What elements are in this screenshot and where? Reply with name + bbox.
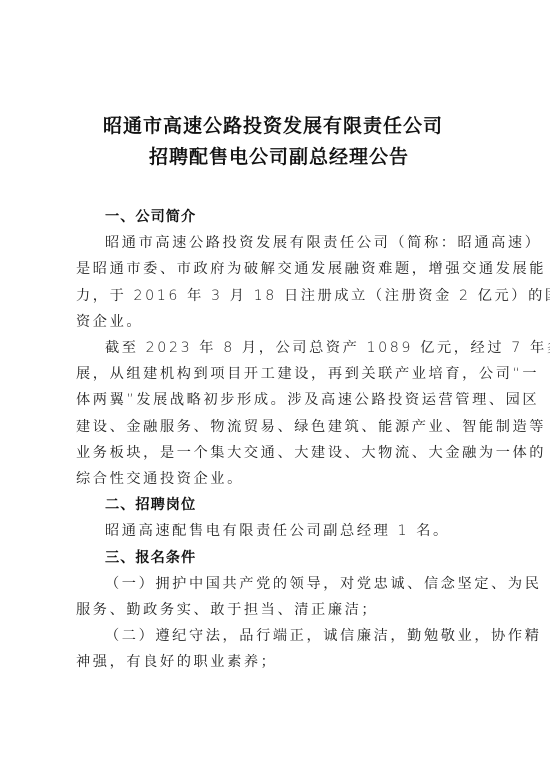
document-title-line-2: 招聘配售电公司副总经理公告 bbox=[4, 142, 550, 169]
text-line: 截至 2023 年 8 月，公司总资产 1089 亿元，经过 7 年多的发 bbox=[76, 335, 480, 361]
text-line: 资企业。 bbox=[76, 309, 480, 335]
paragraph-position: 昭通高速配售电有限责任公司副总经理 1 名。 bbox=[76, 518, 480, 544]
text-line: 是昭通市委、市政府为破解交通发展融资难题，增强交通发展能 bbox=[76, 256, 480, 282]
text-line: 业务板块，是一个集大交通、大建设、大物流、大金融为一体的 bbox=[76, 440, 480, 466]
section-heading-requirements: 三、报名条件 bbox=[76, 545, 480, 571]
document-title-line-1: 昭通市高速公路投资发展有限责任公司 bbox=[0, 111, 548, 138]
text-line: 服务、勤政务实、敢于担当、清正廉洁； bbox=[76, 597, 480, 623]
text-line: 建设、金融服务、物流贸易、绿色建筑、能源产业、智能制造等 bbox=[76, 414, 480, 440]
paragraph-company-assets: 截至 2023 年 8 月，公司总资产 1089 亿元，经过 7 年多的发 展，… bbox=[76, 335, 480, 492]
section-heading-company-intro: 一、公司简介 bbox=[76, 204, 480, 230]
section-heading-position: 二、招聘岗位 bbox=[76, 492, 480, 518]
text-line: 展，从组建机构到项目开工建设，再到关联产业培育，公司“一 bbox=[76, 361, 480, 387]
text-line: （二）遵纪守法，品行端正，诚信廉洁，勤勉敬业，协作精 bbox=[76, 623, 480, 649]
text-line: 神强，有良好的职业素养； bbox=[76, 649, 480, 675]
text-line: 综合性交通投资企业。 bbox=[76, 466, 480, 492]
document-body: 一、公司简介 昭通市高速公路投资发展有限责任公司（简称：昭通高速） 是昭通市委、… bbox=[76, 204, 480, 676]
paragraph-company-overview: 昭通市高速公路投资发展有限责任公司（简称：昭通高速） 是昭通市委、市政府为破解交… bbox=[76, 230, 480, 335]
paragraph-requirement-2: （二）遵纪守法，品行端正，诚信廉洁，勤勉敬业，协作精 神强，有良好的职业素养； bbox=[76, 623, 480, 675]
text-line: 昭通市高速公路投资发展有限责任公司（简称：昭通高速） bbox=[76, 230, 480, 256]
text-line: （一）拥护中国共产党的领导，对党忠诚、信念坚定、为民 bbox=[76, 571, 480, 597]
text-line: 昭通高速配售电有限责任公司副总经理 1 名。 bbox=[76, 518, 480, 544]
document-page: 昭通市高速公路投资发展有限责任公司 招聘配售电公司副总经理公告 一、公司简介 昭… bbox=[0, 0, 550, 777]
text-line: 体两翼”发展战略初步形成。涉及高速公路投资运营管理、园区 bbox=[76, 387, 480, 413]
paragraph-requirement-1: （一）拥护中国共产党的领导，对党忠诚、信念坚定、为民 服务、勤政务实、敢于担当、… bbox=[76, 571, 480, 623]
text-line: 力，于 2016 年 3 月 18 日注册成立（注册资金 2 亿元）的国有独 bbox=[76, 283, 480, 309]
